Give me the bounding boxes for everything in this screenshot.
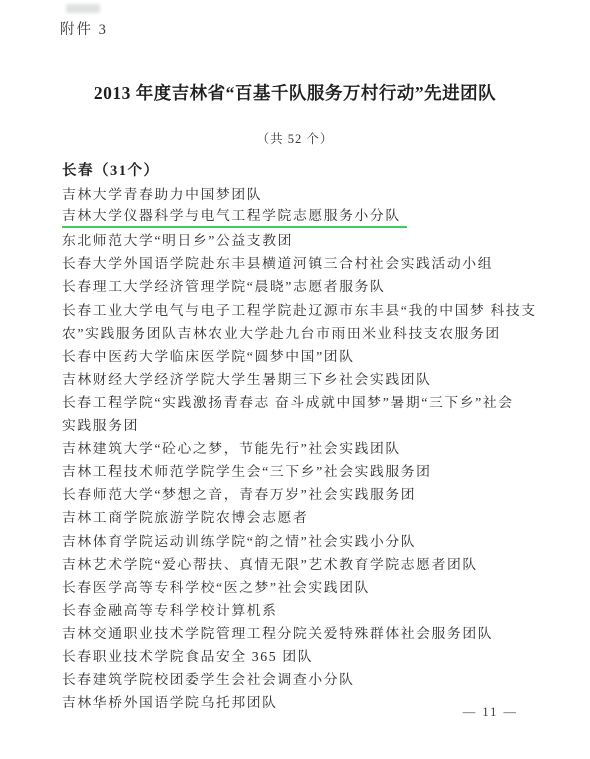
list-item: 吉林大学青春助力中国梦团队 xyxy=(62,183,540,206)
list-item-line: 东北师范大学“明日乡”公益支教团 xyxy=(62,229,540,252)
list-item: 长春中医药大学临床医学院“圆梦中国”团队 xyxy=(62,345,540,368)
list-item-line: 吉林财经大学经济学院大学生暑期三下乡社会实践团队 xyxy=(62,368,540,391)
page-number: — 11 — xyxy=(463,705,518,720)
list-item-line: 长春工业大学电气与电子工程学院赴辽源市东丰县“我的中国梦 科技支 xyxy=(62,299,540,322)
list-item-line: 长春师范大学“梦想之音，青春万岁”社会实践服务团 xyxy=(62,483,540,506)
list-item-line: 实践服务团 xyxy=(62,414,540,437)
list-item: 吉林工程技术师范学院学生会“三下乡”社会实践服务团 xyxy=(62,460,540,483)
total-count-subtitle: （共 52 个） xyxy=(0,129,590,147)
list-item: 吉林交通职业技术学院管理工程分院关爱特殊群体社会服务团队 xyxy=(62,622,540,645)
list-item-line: 吉林大学青春助力中国梦团队 xyxy=(62,183,540,206)
list-item: 长春大学外国语学院赴东丰县横道河镇三合村社会实践活动小组 xyxy=(62,252,540,275)
list-item-line: 吉林工商学院旅游学院农博会志愿者 xyxy=(62,506,540,529)
list-item: 东北师范大学“明日乡”公益支教团 xyxy=(62,229,540,252)
attachment-label: 附件 3 xyxy=(60,18,108,39)
list-item: 吉林财经大学经济学院大学生暑期三下乡社会实践团队 xyxy=(62,368,540,391)
list-item-line: 吉林工程技术师范学院学生会“三下乡”社会实践服务团 xyxy=(62,460,540,483)
list-item-line: 长春医学高等专科学校“医之梦”社会实践团队 xyxy=(62,576,540,599)
list-item: 吉林工商学院旅游学院农博会志愿者 xyxy=(62,506,540,529)
list-item-line: 长春理工大学经济管理学院“晨晓”志愿者服务队 xyxy=(62,275,540,298)
list-item-line: 长春职业技术学院食品安全 365 团队 xyxy=(62,645,540,668)
list-item: 吉林艺术学院“爱心帮扶、真情无限”艺术教育学院志愿者团队 xyxy=(62,553,540,576)
list-item-line: 长春大学外国语学院赴东丰县横道河镇三合村社会实践活动小组 xyxy=(62,252,540,275)
list-item: 吉林建筑大学“砼心之梦，节能先行”社会实践团队 xyxy=(62,437,540,460)
list-item-line: 长春中医药大学临床医学院“圆梦中国”团队 xyxy=(62,345,540,368)
list-item: 长春医学高等专科学校“医之梦”社会实践团队 xyxy=(62,576,540,599)
list-item: 长春工业大学电气与电子工程学院赴辽源市东丰县“我的中国梦 科技支农”实践服务团队… xyxy=(62,299,540,345)
list-item-line: 农”实践服务团队吉林农业大学赴九台市雨田米业科技支农服务团 xyxy=(62,322,540,345)
list-item-line: 长春金融高等专科学校计算机系 xyxy=(62,599,540,622)
list-item-line: 吉林建筑大学“砼心之梦，节能先行”社会实践团队 xyxy=(62,437,540,460)
list-item-line: 吉林艺术学院“爱心帮扶、真情无限”艺术教育学院志愿者团队 xyxy=(62,553,540,576)
scan-smudge xyxy=(66,4,100,13)
team-list-items: 吉林大学青春助力中国梦团队吉林大学仪器科学与电气工程学院志愿服务小分队东北师范大… xyxy=(62,183,540,714)
list-item: 长春建筑学院校团委学生会社会调查小分队 xyxy=(62,668,540,691)
list-item-line: 吉林大学仪器科学与电气工程学院志愿服务小分队 xyxy=(62,206,407,228)
list-item: 吉林大学仪器科学与电气工程学院志愿服务小分队 xyxy=(62,206,540,229)
list-item-line: 长春建筑学院校团委学生会社会调查小分队 xyxy=(62,668,540,691)
list-item: 长春工程学院“实践激扬青春志 奋斗成就中国梦”暑期“三下乡”社会实践服务团 xyxy=(62,391,540,437)
page-title: 2013 年度吉林省“百基千队服务万村行动”先进团队 xyxy=(0,80,590,105)
section-header-changchun: 长春（31个） xyxy=(62,160,540,183)
list-item-line: 吉林交通职业技术学院管理工程分院关爱特殊群体社会服务团队 xyxy=(62,622,540,645)
list-item-line: 吉林体育学院运动训练学院“韵之情”社会实践小分队 xyxy=(62,530,540,553)
list-item: 长春理工大学经济管理学院“晨晓”志愿者服务队 xyxy=(62,275,540,298)
list-item: 吉林体育学院运动训练学院“韵之情”社会实践小分队 xyxy=(62,530,540,553)
list-item-line: 长春工程学院“实践激扬青春志 奋斗成就中国梦”暑期“三下乡”社会 xyxy=(62,391,540,414)
list-item: 长春职业技术学院食品安全 365 团队 xyxy=(62,645,540,668)
list-item: 长春师范大学“梦想之音，青春万岁”社会实践服务团 xyxy=(62,483,540,506)
team-list: 长春（31个） 吉林大学青春助力中国梦团队吉林大学仪器科学与电气工程学院志愿服务… xyxy=(62,160,540,714)
list-item: 长春金融高等专科学校计算机系 xyxy=(62,599,540,622)
document-page: { "page": { "attachment_label": "附件 3", … xyxy=(0,0,590,759)
